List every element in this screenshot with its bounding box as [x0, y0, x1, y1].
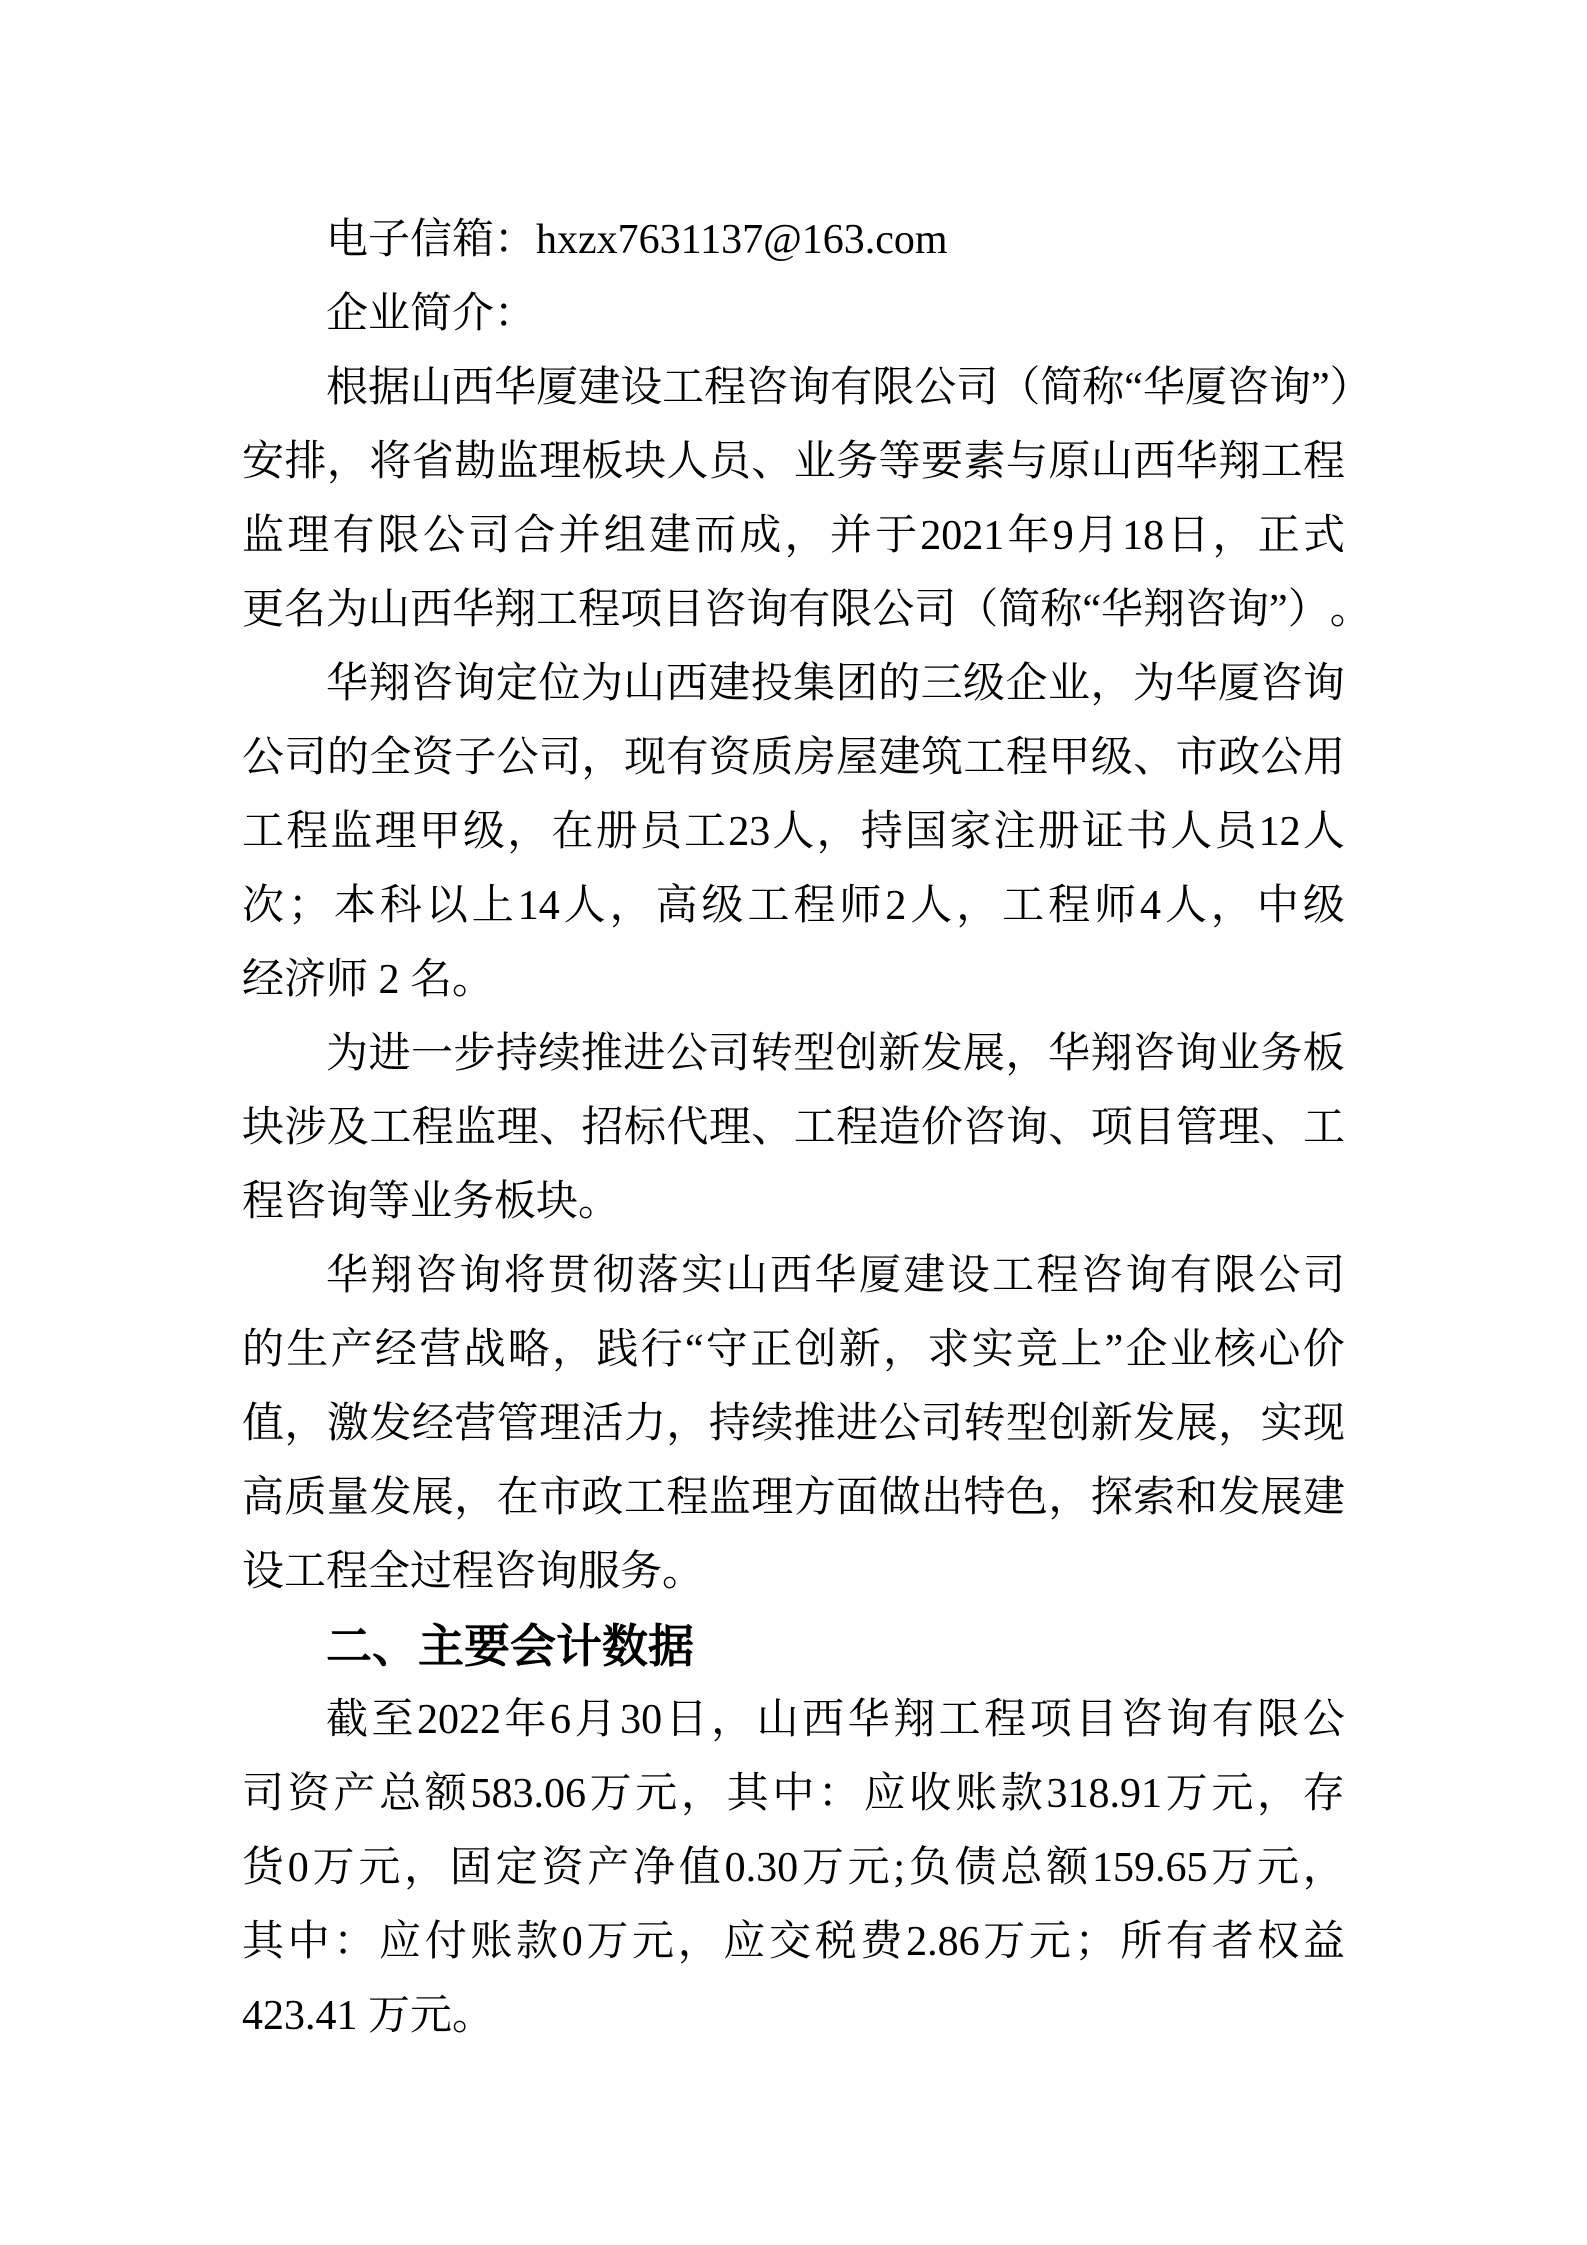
text-line: 423.41 万元。 [242, 1979, 1345, 2053]
text-line: 为进一步持续推进公司转型创新发展，华翔咨询业务板 [242, 1017, 1345, 1091]
document-page: 电子信箱：hxzx7631137@163.com企业简介：根据山西华厦建设工程咨… [0, 0, 1587, 2245]
text-line: 其中：应付账款0万元，应交税费2.86万元；所有者权益 [242, 1905, 1345, 1979]
text-line: 高质量发展，在市政工程监理方面做出特色，探索和发展建 [242, 1461, 1345, 1535]
text-line: 华翔咨询将贯彻落实山西华厦建设工程咨询有限公司 [242, 1239, 1345, 1313]
email-line: 电子信箱：hxzx7631137@163.com [242, 203, 1345, 277]
text-line: 公司的全资子公司，现有资质房屋建筑工程甲级、市政公用 [242, 721, 1345, 795]
text-line: 截至2022年6月30日，山西华翔工程项目咨询有限公 [242, 1683, 1345, 1757]
text-line: 经济师 2 名。 [242, 943, 1345, 1017]
text-line: 块涉及工程监理、招标代理、工程造价咨询、项目管理、工 [242, 1091, 1345, 1165]
text-line: 监理有限公司合并组建而成，并于2021年9月18日，正式 [242, 499, 1345, 573]
text-line: 值，激发经营管理活力，持续推进公司转型创新发展，实现 [242, 1387, 1345, 1461]
text-line: 设工程全过程咨询服务。 [242, 1535, 1345, 1609]
text-line: 更名为山西华翔工程项目咨询有限公司（简称“华翔咨询”）。 [242, 573, 1345, 647]
document-body: 电子信箱：hxzx7631137@163.com企业简介：根据山西华厦建设工程咨… [242, 203, 1345, 2053]
section-heading: 二、主要会计数据 [242, 1609, 1345, 1683]
section-label-line: 企业简介： [242, 277, 1345, 351]
text-line: 安排，将省勘监理板块人员、业务等要素与原山西华翔工程 [242, 425, 1345, 499]
text-line: 程咨询等业务板块。 [242, 1165, 1345, 1239]
text-line: 司资产总额583.06万元，其中：应收账款318.91万元，存 [242, 1757, 1345, 1831]
text-line: 华翔咨询定位为山西建投集团的三级企业，为华厦咨询 [242, 647, 1345, 721]
text-line: 根据山西华厦建设工程咨询有限公司（简称“华厦咨询”） [242, 351, 1345, 425]
text-line: 的生产经营战略，践行“守正创新，求实竞上”企业核心价 [242, 1313, 1345, 1387]
text-line: 货0万元，固定资产净值0.30万元;负债总额159.65万元， [242, 1831, 1345, 1905]
text-line: 次；本科以上14人，高级工程师2人，工程师4人，中级 [242, 869, 1345, 943]
text-line: 工程监理甲级，在册员工23人，持国家注册证书人员12人 [242, 795, 1345, 869]
